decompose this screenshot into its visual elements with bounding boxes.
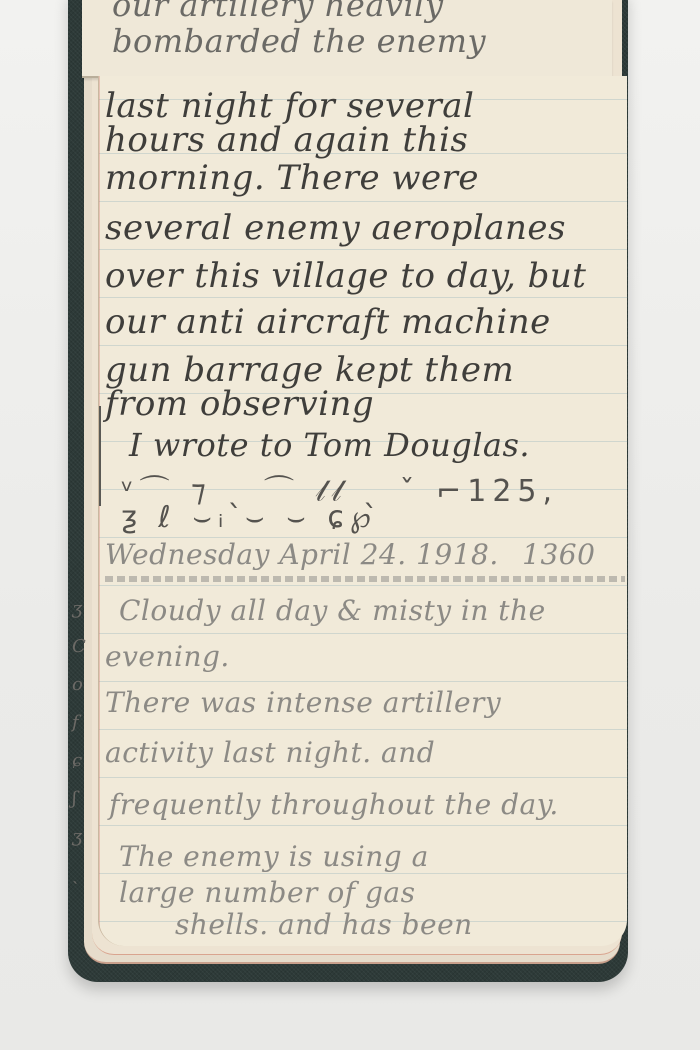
handwritten-line: our anti aircraft machine	[105, 302, 551, 342]
handwritten-line: Cloudy all day & misty in the	[119, 594, 546, 627]
handwritten-line: our artillery heavily	[112, 0, 444, 24]
handwritten-line: I wrote to Tom Douglas.	[129, 426, 530, 464]
edge-mark: ɕ	[72, 742, 92, 780]
edge-mark: ʒ	[72, 590, 92, 628]
photograph: ʒ C o f ɕ ʃ ʒ ˎ our artillery heavily bo…	[0, 0, 700, 1050]
handwritten-line: The enemy is using a	[119, 840, 429, 873]
handwritten-line: shells. and has been	[175, 908, 473, 941]
handwritten-line: several enemy aeroplanes	[105, 208, 566, 248]
handwritten-line: evening.	[105, 640, 230, 673]
margin-bracket	[99, 406, 105, 506]
upper-folded-page: our artillery heavily bombarded the enem…	[82, 0, 612, 78]
entry-header: Wednesday April 24. 1918. 1360	[105, 538, 595, 571]
edge-mark: o	[72, 666, 92, 704]
left-edge-marks: ʒ C o f ɕ ʃ ʒ ˎ	[72, 590, 92, 894]
margin-rule	[99, 76, 100, 946]
handwritten-line: over this village to day, but	[105, 256, 586, 296]
handwritten-line: from observing	[105, 384, 374, 424]
handwritten-line: There was intense artillery	[105, 686, 501, 719]
edge-mark: C	[72, 628, 92, 666]
header-underline	[105, 576, 625, 582]
entry-day: Wednesday	[105, 538, 270, 571]
edge-mark: ʃ	[72, 780, 92, 818]
handwritten-line: activity last night. and	[105, 736, 435, 769]
diary-page: last night for several hours and again t…	[98, 76, 627, 946]
edge-mark: ˎ	[72, 856, 92, 894]
handwritten-line: hours and again this	[105, 120, 468, 160]
handwritten-line: bombarded the enemy	[112, 22, 486, 60]
handwritten-line: large number of gas	[119, 876, 415, 909]
entry-number: 1360	[522, 538, 595, 571]
edge-mark: ʒ	[72, 818, 92, 856]
edge-mark: f	[72, 704, 92, 742]
handwritten-line: frequently throughout the day.	[109, 788, 559, 821]
shorthand-line: ƺ ℓ ⌣ᵢ ⌣ ⌣ ɕ℘	[121, 500, 377, 535]
handwritten-line: morning. There were	[105, 158, 479, 198]
entry-date: April 24. 1918.	[279, 538, 498, 571]
